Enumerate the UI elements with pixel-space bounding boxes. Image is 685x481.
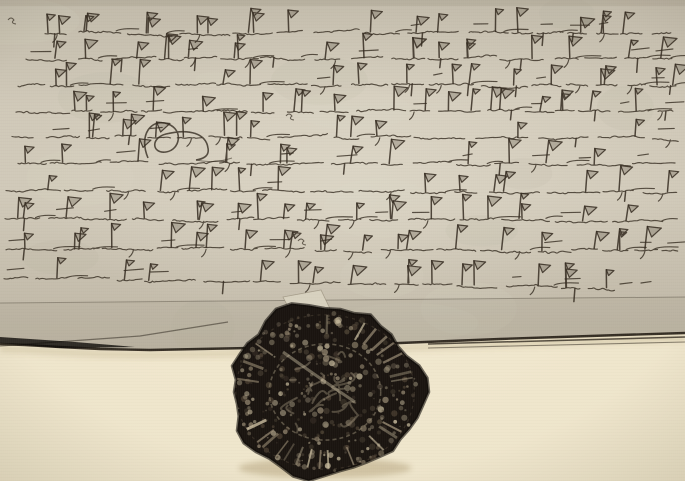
charter-photograph <box>0 0 685 481</box>
photo-vignette <box>0 0 685 481</box>
photo-top-edge-shade <box>0 0 685 6</box>
charter-photo-scene <box>0 0 685 481</box>
